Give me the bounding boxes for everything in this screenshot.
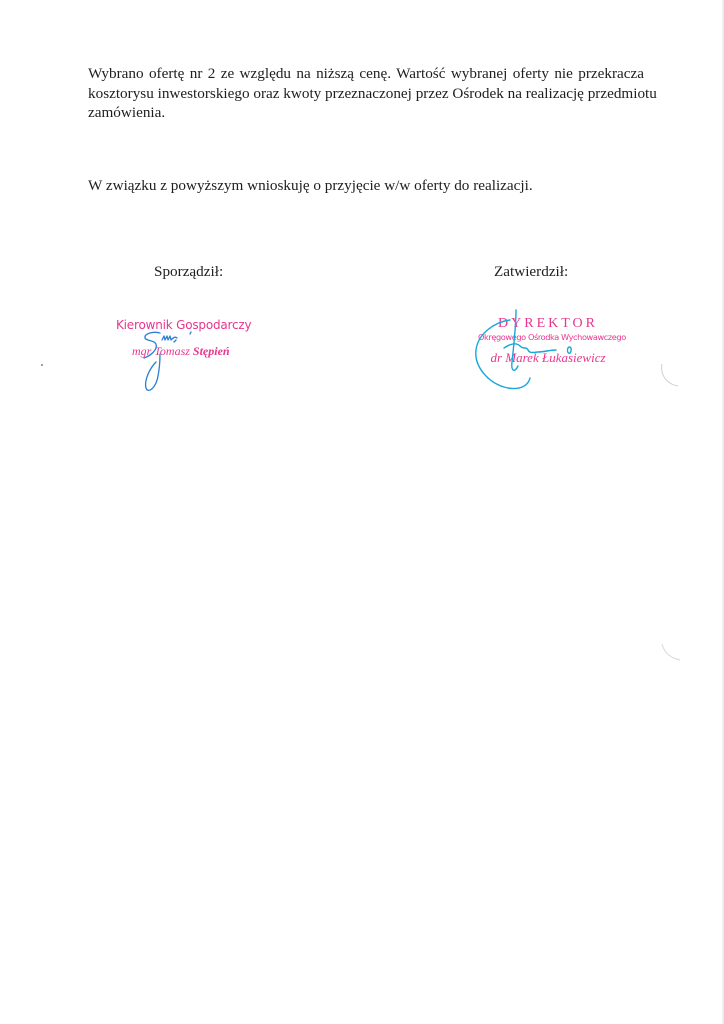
stamp-name-last: Stępień — [193, 344, 230, 358]
stamp-director: DYREKTOR Okręgowego Ośrodka Wychowawczeg… — [478, 316, 618, 366]
scan-dot — [41, 364, 43, 366]
document-page: Wybrano ofertę nr 2 ze względu na niższą… — [0, 0, 724, 1024]
approved-by-label: Zatwierdził: — [494, 262, 568, 281]
request-paragraph: W związku z powyższym wnioskuję o przyję… — [88, 176, 548, 196]
stamp-name: mgr Tomasz Stępień — [132, 344, 266, 359]
stamp-name-prefix: mgr — [132, 344, 154, 358]
justification-paragraph: Wybrano ofertę nr 2 ze względu na niższą… — [88, 64, 644, 123]
paragraph-line: Wybrano ofertę nr 2 ze względu na niższą… — [88, 64, 644, 84]
stamp-name: dr Marek Łukasiewicz — [478, 350, 618, 366]
scan-artifact — [656, 640, 686, 670]
stamp-organization: Okręgowego Ośrodka Wychowawczego — [478, 332, 618, 343]
paragraph-line: zamówienia. — [88, 103, 644, 123]
paragraph-line: kosztorysu inwestorskiego oraz kwoty prz… — [88, 84, 644, 104]
stamp-manager: Kierownik Gospodarczy mgr Tomasz Stępień — [116, 318, 266, 359]
stamp-name-first: Tomasz — [154, 344, 193, 358]
prepared-by-label: Sporządził: — [154, 262, 223, 281]
stamp-title: DYREKTOR — [478, 316, 618, 332]
stamp-title: Kierownik Gospodarczy — [116, 318, 266, 333]
scan-artifact — [656, 360, 686, 390]
